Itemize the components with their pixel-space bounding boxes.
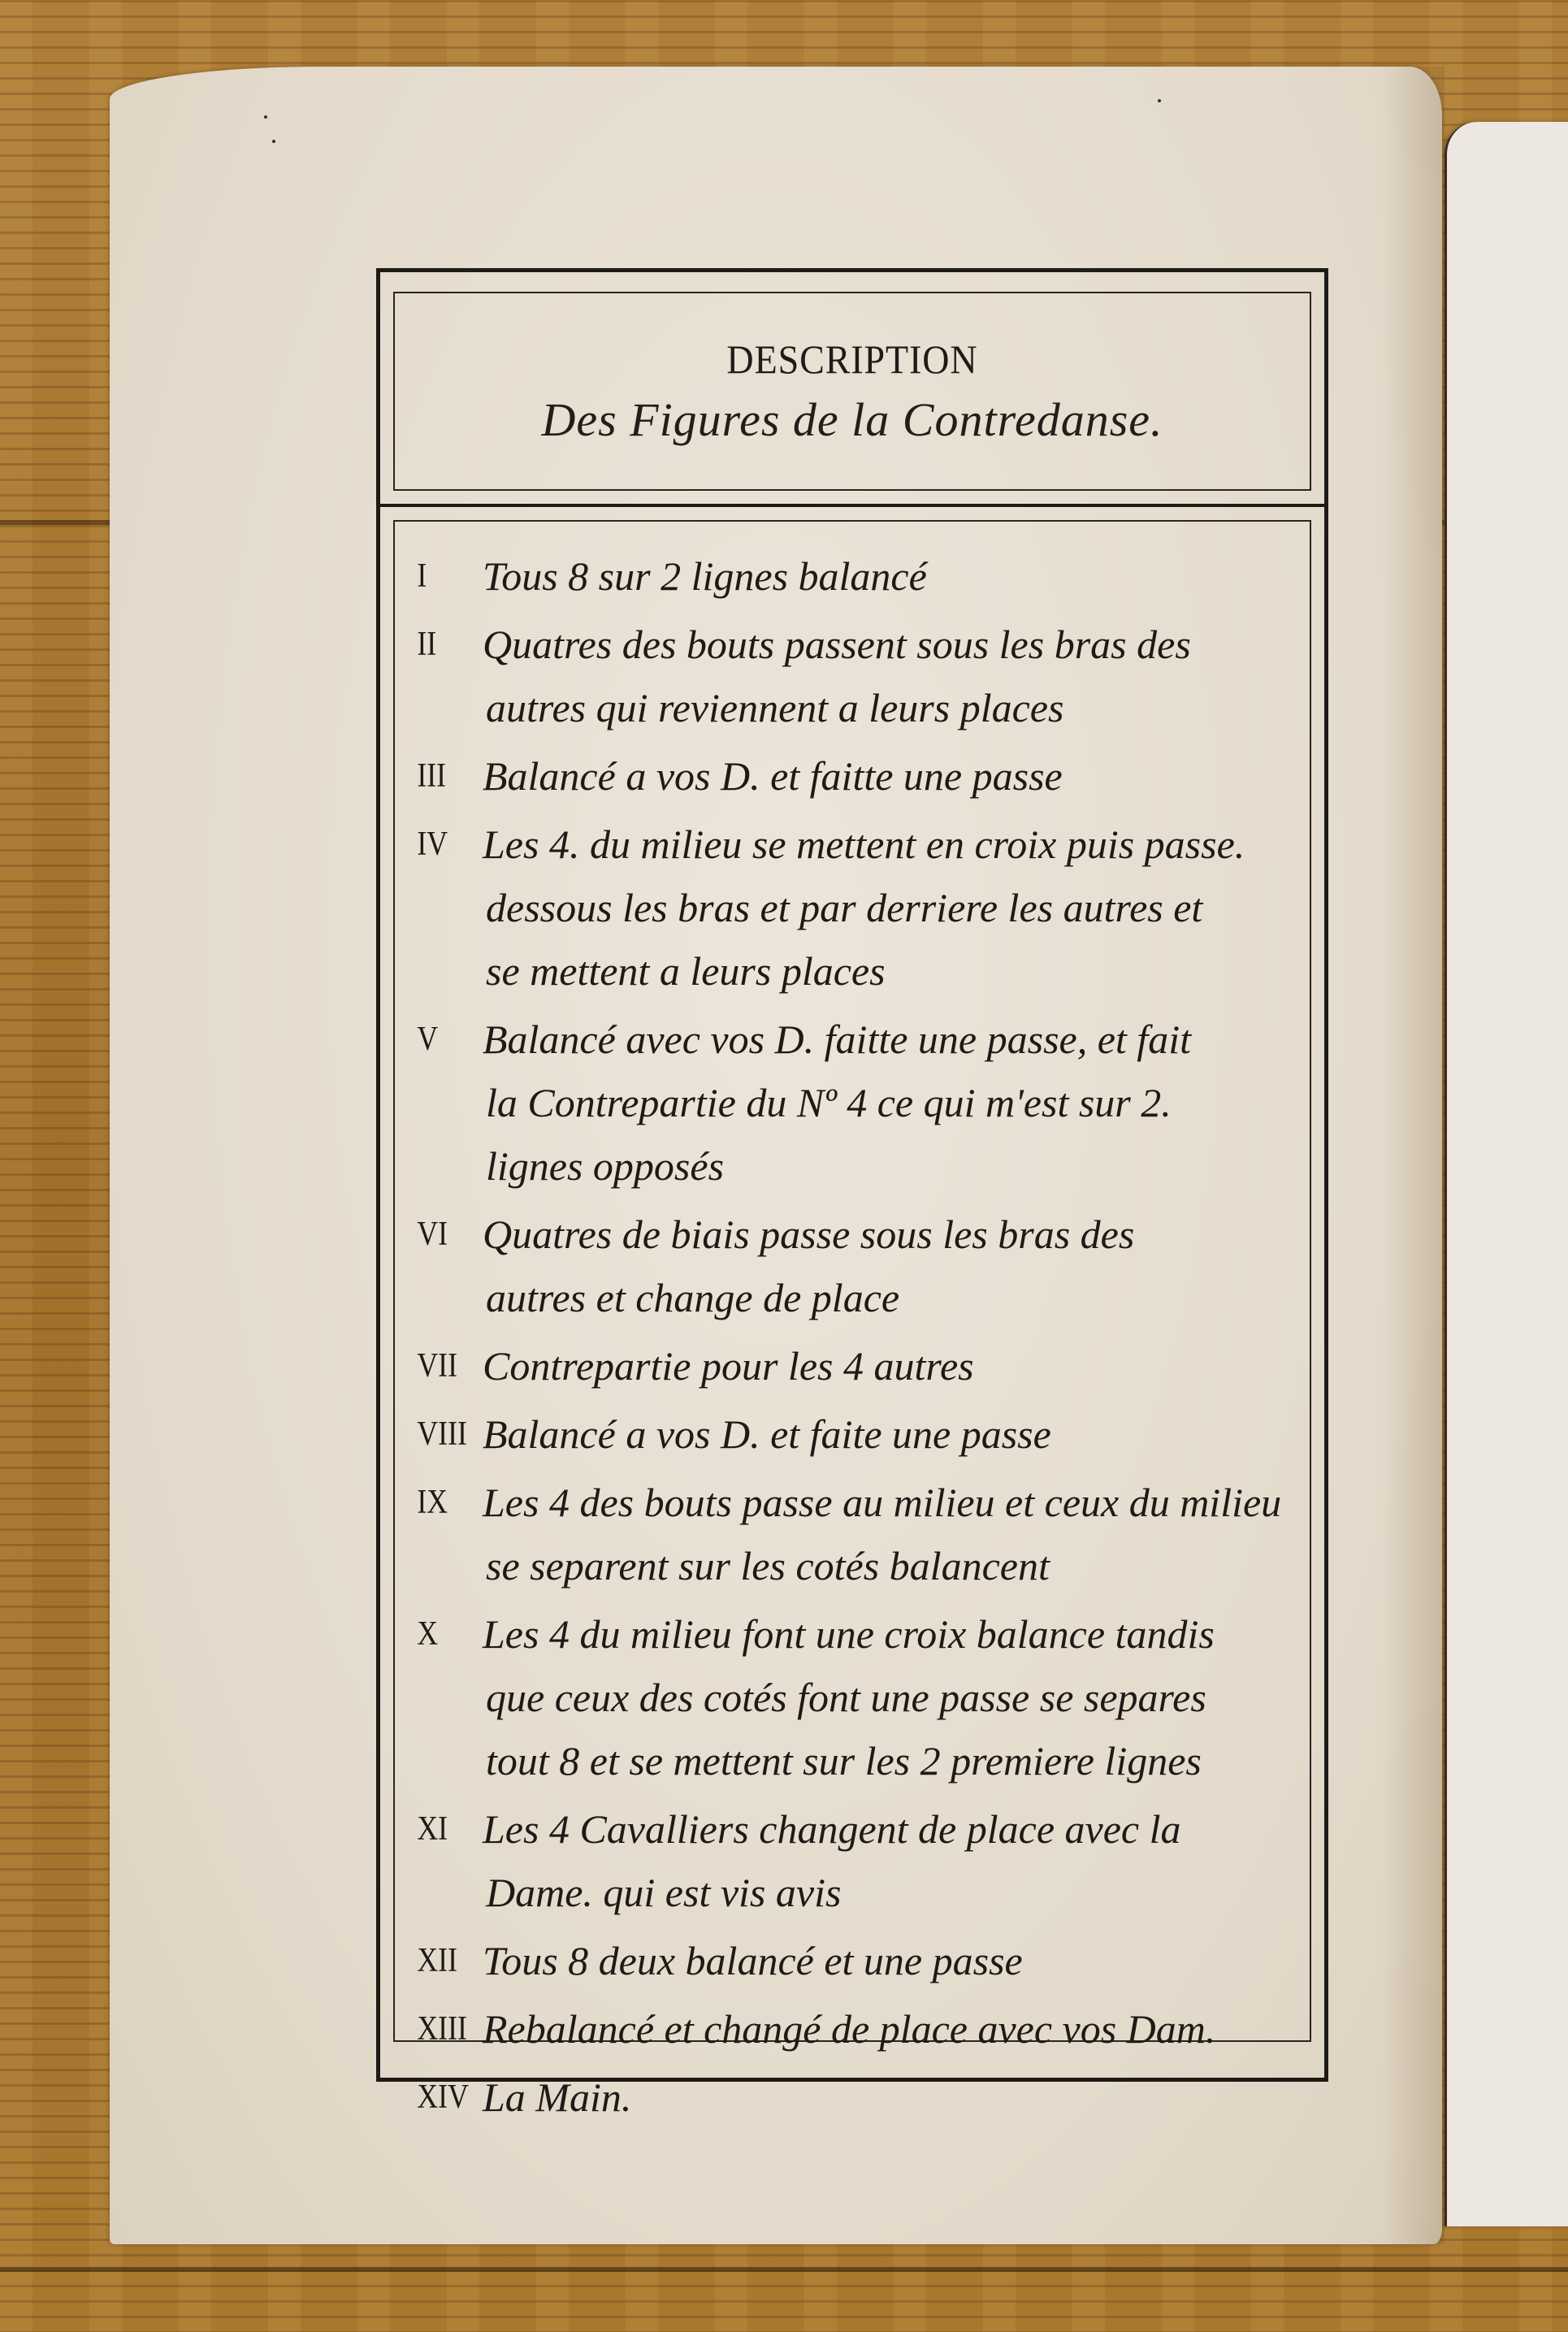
figure-text-line: tout 8 et se mettent sur les 2 premiere … [483, 1729, 1293, 1792]
paper-speck [264, 115, 267, 119]
figure-text-line: Tous 8 sur 2 lignes balancé [483, 544, 1293, 608]
figure-numeral: XIII [414, 1997, 472, 2061]
gutter-shadow [1381, 67, 1445, 2244]
figure-item: IXLes 4 des bouts passe au milieu et ceu… [414, 1471, 1293, 1597]
figure-description: Tous 8 deux balancé et une passe [483, 1929, 1293, 1992]
figure-numeral: XII [414, 1929, 472, 1992]
figure-numeral: VIII [414, 1402, 472, 1466]
figure-text-line: Contrepartie pour les 4 autres [483, 1334, 1293, 1398]
figure-text-line: dessous les bras et par derriere les aut… [483, 876, 1293, 939]
page-subtitle: Des Figures de la Contredanse. [395, 392, 1310, 447]
figure-text-line: se separent sur les cotés balancent [483, 1534, 1293, 1597]
figure-item: IVLes 4. du milieu se mettent en croix p… [414, 813, 1293, 1003]
figure-text-line: La Main. [483, 2065, 1293, 2129]
figure-description: Quatres de biais passe sous les bras des… [483, 1203, 1293, 1329]
figure-description: Quatres des bouts passent sous les bras … [483, 613, 1293, 739]
title-cartouche: DESCRIPTION Des Figures de la Contredans… [393, 292, 1311, 491]
figure-description: Les 4 Cavalliers changent de place avec … [483, 1797, 1293, 1924]
figure-text-line: lignes opposés [483, 1134, 1293, 1198]
figure-numeral: XI [414, 1797, 472, 1861]
figure-text-line: se mettent a leurs places [483, 939, 1293, 1003]
figure-numeral: I [414, 544, 472, 608]
paper-speck [272, 140, 275, 143]
figure-description: Contrepartie pour les 4 autres [483, 1334, 1293, 1398]
figure-numeral: V [414, 1008, 472, 1071]
figure-text-line: Quatres des bouts passent sous les bras … [483, 613, 1293, 676]
right-page [1445, 122, 1568, 2226]
figure-description: Tous 8 sur 2 lignes balancé [483, 544, 1293, 608]
figures-list: ITous 8 sur 2 lignes balancéIIQuatres de… [393, 520, 1311, 2042]
figure-item: VIQuatres de biais passe sous les bras d… [414, 1203, 1293, 1329]
figure-item: VIIIBalancé a vos D. et faite une passe [414, 1402, 1293, 1466]
figure-text-line: Les 4 Cavalliers changent de place avec … [483, 1797, 1293, 1861]
figure-text-line: Quatres de biais passe sous les bras des [483, 1203, 1293, 1266]
figure-numeral: VI [414, 1203, 472, 1266]
figure-text-line: autres et change de place [483, 1266, 1293, 1329]
figure-item: ITous 8 sur 2 lignes balancé [414, 544, 1293, 608]
frame-divider [380, 504, 1324, 507]
figure-description: Balancé a vos D. et faitte une passe [483, 744, 1293, 808]
paper-speck [1158, 99, 1161, 102]
figure-item: IIQuatres des bouts passent sous les bra… [414, 613, 1293, 739]
figure-description: Balancé avec vos D. faitte une passe, et… [483, 1008, 1293, 1198]
figure-numeral: VII [414, 1334, 472, 1398]
figure-description: Les 4. du milieu se mettent en croix pui… [483, 813, 1293, 1003]
figure-text-line: Les 4. du milieu se mettent en croix pui… [483, 813, 1293, 876]
figure-text-line: la Contrepartie du Nº 4 ce qui m'est sur… [483, 1071, 1293, 1134]
figure-item: XIITous 8 deux balancé et une passe [414, 1929, 1293, 1992]
figure-numeral: X [414, 1602, 472, 1666]
figure-item: VBalancé avec vos D. faitte une passe, e… [414, 1008, 1293, 1198]
wood-plank-seam [0, 2267, 1568, 2272]
figure-item: XIVLa Main. [414, 2065, 1293, 2129]
figure-text-line: autres qui reviennent a leurs places [483, 676, 1293, 739]
figure-description: Les 4 des bouts passe au milieu et ceux … [483, 1471, 1293, 1597]
figure-text-line: Les 4 du milieu font une croix balance t… [483, 1602, 1293, 1666]
figure-text-line: Balancé avec vos D. faitte une passe, et… [483, 1008, 1293, 1071]
figure-description: La Main. [483, 2065, 1293, 2129]
figure-numeral: II [414, 613, 472, 676]
figure-text-line: que ceux des cotés font une passe se sep… [483, 1666, 1293, 1729]
figure-numeral: IX [414, 1471, 472, 1534]
figure-item: VIIContrepartie pour les 4 autres [414, 1334, 1293, 1398]
figure-numeral: IV [414, 813, 472, 876]
figure-item: XLes 4 du milieu font une croix balance … [414, 1602, 1293, 1792]
figure-text-line: Balancé a vos D. et faitte une passe [483, 744, 1293, 808]
figure-numeral: III [414, 744, 472, 808]
figure-text-line: Balancé a vos D. et faite une passe [483, 1402, 1293, 1466]
figure-text-line: Dame. qui est vis avis [483, 1861, 1293, 1924]
figure-item: XIIIRebalancé et changé de place avec vo… [414, 1997, 1293, 2061]
figure-numeral: XIV [414, 2065, 472, 2129]
figure-item: IIIBalancé a vos D. et faitte une passe [414, 744, 1293, 808]
figure-text-line: Les 4 des bouts passe au milieu et ceux … [483, 1471, 1293, 1534]
page-title: DESCRIPTION [431, 336, 1273, 383]
figure-text-line: Tous 8 deux balancé et une passe [483, 1929, 1293, 1992]
figure-description: Rebalancé et changé de place avec vos Da… [483, 1997, 1293, 2061]
figure-item: XILes 4 Cavalliers changent de place ave… [414, 1797, 1293, 1924]
engraved-frame: DESCRIPTION Des Figures de la Contredans… [376, 268, 1328, 2082]
figure-text-line: Rebalancé et changé de place avec vos Da… [483, 1997, 1293, 2061]
figure-description: Les 4 du milieu font une croix balance t… [483, 1602, 1293, 1792]
figure-description: Balancé a vos D. et faite une passe [483, 1402, 1293, 1466]
